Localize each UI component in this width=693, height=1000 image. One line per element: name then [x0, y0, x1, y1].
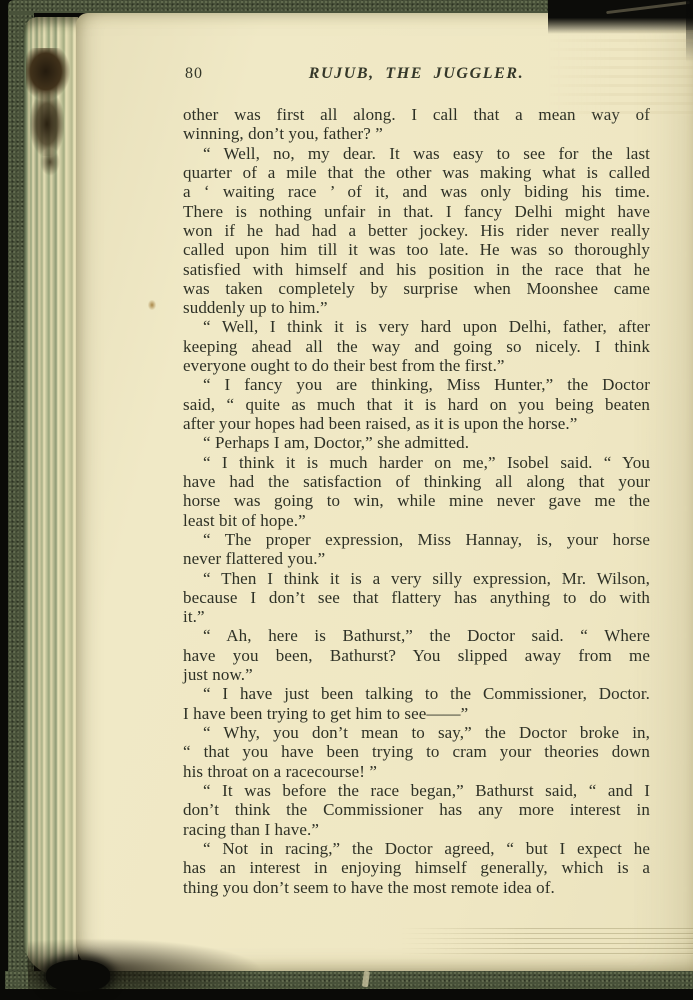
- text-line: everyone ought to do their best from the…: [183, 356, 650, 375]
- text-line: just now.”: [183, 665, 650, 684]
- text-line: “ Ah, here is Bathurst,” the Doctor said…: [183, 626, 650, 645]
- text-line: suddenly up to him.”: [183, 298, 650, 317]
- text-line: “ Well, no, my dear. It was easy to see …: [183, 144, 650, 163]
- text-line: winning, don’t you, father? ”: [183, 124, 650, 143]
- text-line: “ that you have been trying to cram your…: [183, 742, 650, 761]
- text-line: said, “ quite as much that it is hard on…: [183, 395, 650, 414]
- top-right-page-streaks: [545, 30, 693, 116]
- page-body: other was first all along. I call that a…: [183, 105, 650, 897]
- scanned-book-photo: 80 RUJUB, THE JUGGLER. other was first a…: [0, 0, 693, 1000]
- text-line: “ It was before the race began,” Bathurs…: [183, 781, 650, 800]
- page-number: 80: [185, 63, 203, 85]
- text-line: I have been trying to get him to see——”: [183, 704, 650, 723]
- text-line: “ Not in racing,” the Doctor agreed, “ b…: [183, 839, 650, 858]
- text-line: “ Then I think it is a very silly expres…: [183, 569, 650, 588]
- text-line: “ I have just been talking to the Commis…: [183, 684, 650, 703]
- text-line: “ I think it is much harder on me,” Isob…: [183, 453, 650, 472]
- text-line: quarter of a mile that the other was mak…: [183, 163, 650, 182]
- bottom-page-edge-lines: [400, 928, 693, 955]
- text-line: don’t think the Commissioner has any mor…: [183, 800, 650, 819]
- text-line: called upon him till it was too late. He…: [183, 240, 650, 259]
- text-line: a ‘ waiting race ’ of it, and was only b…: [183, 182, 650, 201]
- text-line: after your hopes had been raised, as it …: [183, 414, 650, 433]
- text-line: thing you don’t seem to have the most re…: [183, 878, 650, 897]
- text-line: least bit of hope.”: [183, 511, 650, 530]
- text-line: horse was going to win, while mine never…: [183, 491, 650, 510]
- text-line: “ Why, you don’t mean to say,” the Docto…: [183, 723, 650, 742]
- book-cover-top-edge: [8, 0, 570, 13]
- text-line: satisfied with himself and his position …: [183, 260, 650, 279]
- book-page: 80 RUJUB, THE JUGGLER. other was first a…: [76, 13, 693, 971]
- text-line: “ I fancy you are thinking, Miss Hunter,…: [183, 375, 650, 394]
- text-line: “ Well, I think it is very hard upon Del…: [183, 317, 650, 336]
- text-line: because I don’t see that flattery has an…: [183, 588, 650, 607]
- text-line: There is nothing unfair in that. I fancy…: [183, 202, 650, 221]
- bottom-left-dark-gap: [46, 960, 110, 992]
- text-line: have you been, Bathurst? You slipped awa…: [183, 646, 650, 665]
- text-line: have had the satisfaction of thinking al…: [183, 472, 650, 491]
- text-line: was taken completely by surprise when Mo…: [183, 279, 650, 298]
- text-line: keeping ahead all the way and going so n…: [183, 337, 650, 356]
- text-line: has an interest in enjoying himself gene…: [183, 858, 650, 877]
- page-fore-edge-stack: [24, 17, 78, 975]
- text-line: “ Perhaps I am, Doctor,” she admitted.: [183, 433, 650, 452]
- text-line: never flattered you.”: [183, 549, 650, 568]
- text-line: “ The proper expression, Miss Hannay, is…: [183, 530, 650, 549]
- text-line: it.”: [183, 607, 650, 626]
- text-line: won if he had had a better jockey. His r…: [183, 221, 650, 240]
- text-line: racing than I have.”: [183, 820, 650, 839]
- text-line: his throat on a racecourse! ”: [183, 762, 650, 781]
